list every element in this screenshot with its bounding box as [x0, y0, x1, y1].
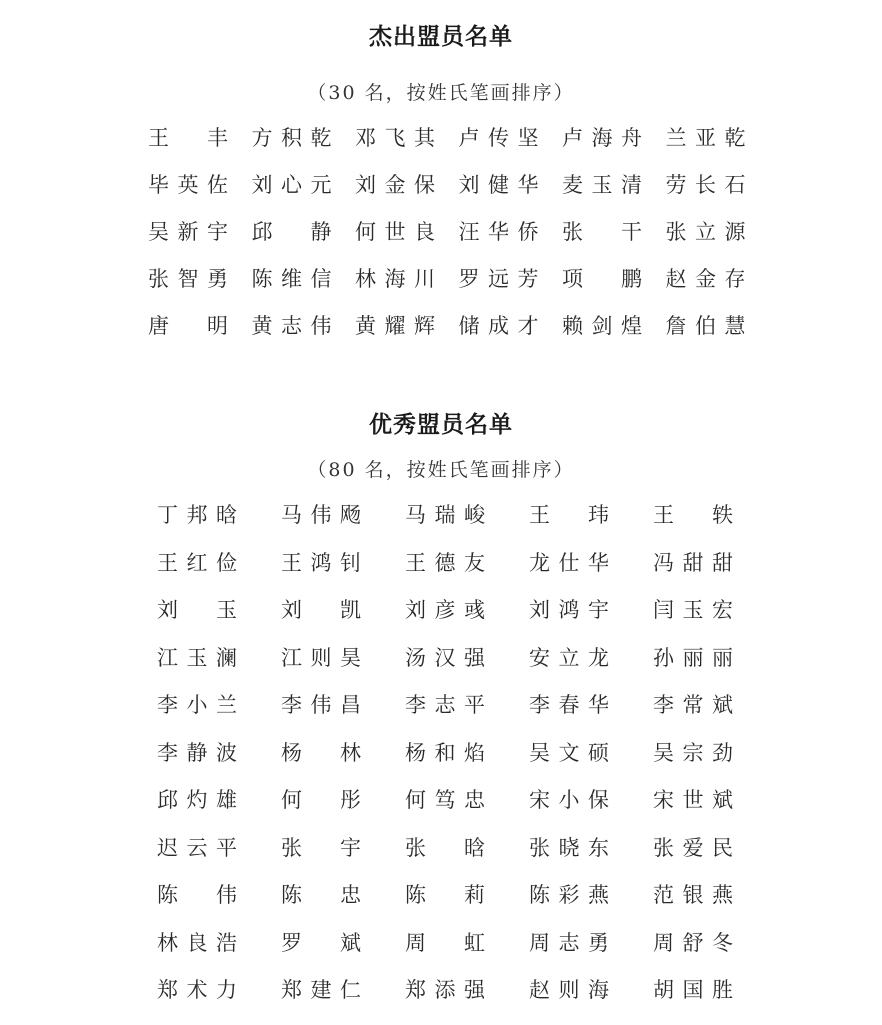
member-name: 兰亚乾 — [666, 124, 746, 152]
outstanding-subtitle: （30 名，按姓氏笔画排序） — [0, 78, 882, 105]
member-name: 张立源 — [666, 218, 746, 246]
member-name: 李小兰 — [157, 691, 237, 719]
member-name: 刘心元 — [252, 171, 332, 199]
excellent-title: 优秀盟员名单 — [0, 406, 882, 439]
member-name: 丁邦晗 — [157, 501, 237, 529]
member-name: 张宇 — [281, 834, 361, 862]
member-name: 孙丽丽 — [653, 644, 733, 672]
member-name: 王红俭 — [157, 549, 237, 577]
member-name: 王玮 — [529, 501, 609, 529]
member-name: 唐明 — [148, 312, 228, 340]
member-name: 张晓东 — [529, 834, 609, 862]
member-name: 刘金保 — [355, 171, 435, 199]
member-name: 周舒冬 — [653, 929, 733, 957]
member-name: 李春华 — [529, 691, 609, 719]
member-name: 吴新宇 — [148, 218, 228, 246]
member-name: 陈莉 — [405, 881, 485, 909]
member-name: 陈彩燕 — [529, 881, 609, 909]
member-name: 赵金存 — [666, 265, 746, 293]
member-name: 陈维信 — [252, 265, 332, 293]
member-name: 赵则海 — [529, 976, 609, 1004]
member-name: 罗斌 — [281, 929, 361, 957]
member-name: 邓飞其 — [355, 124, 435, 152]
member-name: 王丰 — [148, 124, 228, 152]
member-name: 杨和焰 — [405, 739, 485, 767]
member-name: 王德友 — [405, 549, 485, 577]
member-name: 王鸿钊 — [281, 549, 361, 577]
member-name: 刘鸿宇 — [529, 596, 609, 624]
member-name: 林海川 — [355, 265, 435, 293]
member-name: 胡国胜 — [653, 976, 733, 1004]
member-name: 郑术力 — [157, 976, 237, 1004]
member-name: 何笃忠 — [405, 786, 485, 814]
member-name: 刘彦彧 — [405, 596, 485, 624]
member-name: 范银燕 — [653, 881, 733, 909]
member-name: 张爱民 — [653, 834, 733, 862]
member-name: 李静波 — [157, 739, 237, 767]
member-name: 黄耀辉 — [355, 312, 435, 340]
member-name: 宋世斌 — [653, 786, 733, 814]
outstanding-title: 杰出盟员名单 — [0, 18, 882, 51]
member-name: 郑建仁 — [281, 976, 361, 1004]
member-name: 郑添强 — [405, 976, 485, 1004]
member-name: 周志勇 — [529, 929, 609, 957]
member-name: 刘凯 — [281, 596, 361, 624]
member-name: 李志平 — [405, 691, 485, 719]
member-name: 何彤 — [281, 786, 361, 814]
member-name: 林良浩 — [157, 929, 237, 957]
member-name: 刘玉 — [157, 596, 237, 624]
member-name: 刘健华 — [459, 171, 539, 199]
member-name: 吴宗劲 — [653, 739, 733, 767]
member-name: 周虹 — [405, 929, 485, 957]
member-name: 李伟昌 — [281, 691, 361, 719]
member-name: 劳长石 — [666, 171, 746, 199]
member-name: 张晗 — [405, 834, 485, 862]
member-name: 张干 — [562, 218, 642, 246]
member-name: 方积乾 — [252, 124, 332, 152]
member-name: 马瑞峻 — [405, 501, 485, 529]
member-name: 马伟飏 — [281, 501, 361, 529]
member-name: 宋小保 — [529, 786, 609, 814]
member-name: 毕英佐 — [148, 171, 228, 199]
member-name: 邱灼雄 — [157, 786, 237, 814]
member-name: 何世良 — [355, 218, 435, 246]
member-name: 赖剑煌 — [562, 312, 642, 340]
member-name: 汤汉强 — [405, 644, 485, 672]
member-name: 汪华侨 — [459, 218, 539, 246]
member-name: 李常斌 — [653, 691, 733, 719]
member-name: 卢海舟 — [562, 124, 642, 152]
excellent-subtitle: （80 名，按姓氏笔画排序） — [0, 455, 882, 482]
member-name: 张智勇 — [148, 265, 228, 293]
member-name: 江玉澜 — [157, 644, 237, 672]
member-name: 储成才 — [459, 312, 539, 340]
member-name: 陈忠 — [281, 881, 361, 909]
member-name: 麦玉清 — [562, 171, 642, 199]
member-name: 黄志伟 — [252, 312, 332, 340]
member-name: 王轶 — [653, 501, 733, 529]
member-name: 迟云平 — [157, 834, 237, 862]
member-name: 安立龙 — [529, 644, 609, 672]
member-name: 陈伟 — [157, 881, 237, 909]
member-name: 冯甜甜 — [653, 549, 733, 577]
member-name: 邱静 — [252, 218, 332, 246]
member-name: 罗远芳 — [459, 265, 539, 293]
member-name: 卢传坚 — [459, 124, 539, 152]
member-name: 吴文硕 — [529, 739, 609, 767]
member-name: 闫玉宏 — [653, 596, 733, 624]
member-name: 詹伯慧 — [666, 312, 746, 340]
member-name: 龙仕华 — [529, 549, 609, 577]
member-name: 江则昊 — [281, 644, 361, 672]
member-name: 项鹏 — [562, 265, 642, 293]
member-name: 杨林 — [281, 739, 361, 767]
